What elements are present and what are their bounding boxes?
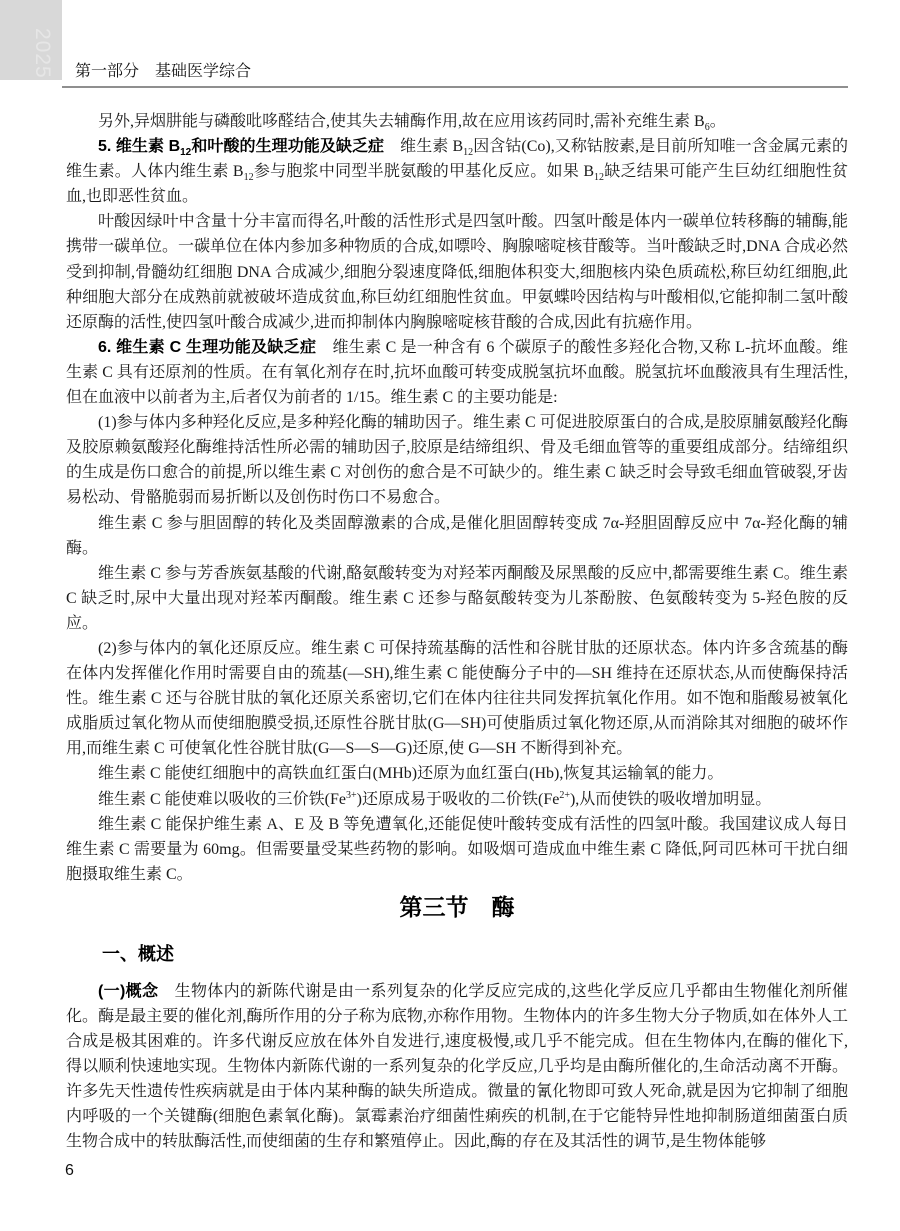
paragraph: (2)参与体内的氧化还原反应。维生素 C 可保持巯基酶的活性和谷胱甘肽的还原状态… xyxy=(66,636,848,761)
text-segment: 维生素 B xyxy=(384,138,463,155)
text-segment: 3+ xyxy=(346,790,357,801)
text-segment: 叶酸因绿叶中含量十分丰富而得名,叶酸的活性形式是四氢叶酸。四氢叶酸是体内一碳单位… xyxy=(66,213,848,330)
text-segment: 2+ xyxy=(559,790,570,801)
text-segment: 生物体内的新陈代谢是由一系列复杂的化学反应完成的,这些化学反应几乎都由生物催化剂… xyxy=(66,983,848,1151)
text-segment: 另外,异烟肼能与磷酸吡哆醛结合,使其失去辅酶作用,故在应用该药同时,需补充维生素… xyxy=(98,113,705,130)
paragraph: 叶酸因绿叶中含量十分丰富而得名,叶酸的活性形式是四氢叶酸。四氢叶酸是体内一碳单位… xyxy=(66,209,848,334)
text-segment: 12 xyxy=(594,172,604,183)
text-segment: ),从而使铁的吸收增加明显。 xyxy=(570,791,771,808)
paragraph: (一)概念 生物体内的新陈代谢是由一系列复杂的化学反应完成的,这些化学反应几乎都… xyxy=(66,979,848,1155)
header-part-label: 第一部分 xyxy=(75,63,139,80)
paragraph: (1)参与体内多种羟化反应,是多种羟化酶的辅助因子。维生素 C 可促进胶原蛋白的… xyxy=(66,410,848,510)
text-segment: 和叶酸的生理功能及缺乏症 xyxy=(191,138,384,155)
text-segment: 维生素 C 参与胆固醇的转化及类固醇激素的合成,是催化胆固醇转变成 7α-羟胆固… xyxy=(66,515,848,557)
text-segment: 维生素 C 参与芳香族氨基酸的代谢,酪氨酸转变为对羟苯丙酮酸及尿黑酸的反应中,都… xyxy=(66,565,848,632)
text-segment: 第三节 酶 xyxy=(400,894,515,920)
text-segment: 维生素 C 能使红细胞中的高铁血红蛋白(MHb)还原为血红蛋白(Hb),恢复其运… xyxy=(98,765,723,782)
text-segment: 6. 维生素 C 生理功能及缺乏症 xyxy=(98,339,316,356)
text-segment: 5. 维生素 B xyxy=(98,138,180,155)
paragraph: 维生素 C 能保护维生素 A、E 及 B 等免遭氧化,还能促使叶酸转变成有活性的… xyxy=(66,812,848,887)
text-segment: (一)概念 xyxy=(98,983,158,1000)
page-number: 6 xyxy=(65,1162,74,1180)
text-segment: 维生素 C 能使难以吸收的三价铁(Fe xyxy=(98,791,346,808)
text-segment: 12 xyxy=(244,172,254,183)
subsection-title: 一、概述 xyxy=(66,941,848,967)
paragraph: 维生素 C 参与芳香族氨基酸的代谢,酪氨酸转变为对羟苯丙酮酸及尿黑酸的反应中,都… xyxy=(66,561,848,636)
running-header: 第一部分基础医学综合 xyxy=(62,50,848,88)
paragraph: 维生素 C 能使难以吸收的三价铁(Fe3+)还原成易于吸收的二价铁(Fe2+),… xyxy=(66,787,848,812)
paragraph: 6. 维生素 C 生理功能及缺乏症 维生素 C 是一种含有 6 个碳原子的酸性多… xyxy=(66,335,848,410)
section-title: 第三节 酶 xyxy=(66,889,848,925)
text-segment: (2)参与体内的氧化还原反应。维生素 C 可保持巯基酶的活性和谷胱甘肽的还原状态… xyxy=(66,640,848,757)
document-body: 另外,异烟肼能与磷酸吡哆醛结合,使其失去辅酶作用,故在应用该药同时,需补充维生素… xyxy=(66,109,848,1155)
paragraph: 维生素 C 参与胆固醇的转化及类固醇激素的合成,是催化胆固醇转变成 7α-羟胆固… xyxy=(66,511,848,561)
text-segment: 12 xyxy=(180,147,191,158)
paragraph: 5. 维生素 B12和叶酸的生理功能及缺乏症 维生素 B12因含钴(Co),又称… xyxy=(66,134,848,209)
header-title-label: 基础医学综合 xyxy=(155,63,251,80)
text-segment: 参与胞浆中同型半胱氨酸的甲基化反应。如果 B xyxy=(254,163,594,180)
text-segment: 12 xyxy=(463,147,473,158)
paragraph: 维生素 C 能使红细胞中的高铁血红蛋白(MHb)还原为血红蛋白(Hb),恢复其运… xyxy=(66,761,848,786)
paragraph: 另外,异烟肼能与磷酸吡哆醛结合,使其失去辅酶作用,故在应用该药同时,需补充维生素… xyxy=(66,109,848,134)
text-segment: 。 xyxy=(710,113,726,130)
text-segment: 维生素 C 能保护维生素 A、E 及 B 等免遭氧化,还能促使叶酸转变成有活性的… xyxy=(66,816,848,883)
text-segment: )还原成易于吸收的二价铁(Fe xyxy=(357,791,560,808)
text-segment: (1)参与体内多种羟化反应,是多种羟化酶的辅助因子。维生素 C 可促进胶原蛋白的… xyxy=(66,414,848,506)
year-tab-label: 2025 xyxy=(30,28,54,79)
text-segment: 一、概述 xyxy=(102,944,174,964)
